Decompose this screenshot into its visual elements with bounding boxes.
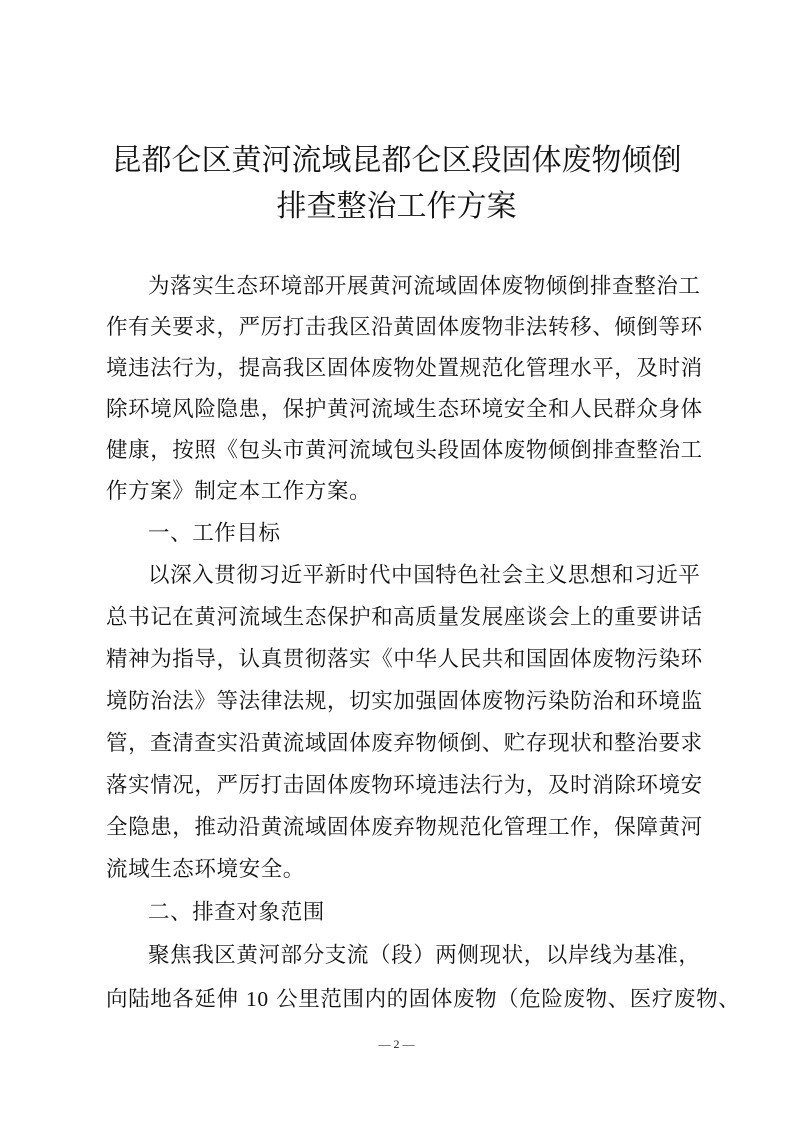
paragraph-scope-line: 向陆地各延伸 10 公里范围内的固体废物（危险废物、医疗废物、 [106, 984, 690, 1015]
distance-value: 10 [246, 987, 269, 1011]
paragraph-intro-line: 作有关要求，严厉打击我区沿黄固体废物非法转移、倾倒等环 [106, 313, 690, 343]
document-title-line-1: 昆都仑区黄河流域昆都仑区段固体废物倾倒 [0, 138, 793, 184]
paragraph-scope-line: 聚焦我区黄河部分支流（段）两侧现状，以岸线为基准， [148, 941, 690, 971]
paragraph-goal-line: 以深入贯彻习近平新时代中国特色社会主义思想和习近平 [148, 561, 690, 591]
paragraph-intro-line: 健康，按照《包头市黄河流域包头段固体废物倾倒排查整治工 [106, 436, 690, 466]
section-heading-scope: 二、排查对象范围 [148, 898, 690, 928]
paragraph-intro-line: 除环境风险隐患，保护黄河流域生态环境安全和人民群众身体 [106, 395, 690, 425]
document-title-line-2: 排查整治工作方案 [0, 184, 793, 230]
paragraph-goal-line: 管，查清查实沿黄流域固体废弃物倾倒、贮存现状和整治要求 [106, 729, 690, 759]
paragraph-intro-line: 为落实生态环境部开展黄河流域固体废物倾倒排查整治工 [148, 272, 690, 302]
scope-text-before: 向陆地各延伸 [106, 987, 246, 1012]
paragraph-goal-line: 流域生态环境安全。 [106, 855, 690, 885]
page-number: — 2 — [0, 1037, 793, 1052]
paragraph-intro-line: 作方案》制定本工作方案。 [106, 477, 690, 507]
paragraph-intro-line: 境违法行为，提高我区固体废物处置规范化管理水平，及时消 [106, 354, 690, 384]
document-page: 昆都仑区黄河流域昆都仑区段固体废物倾倒 排查整治工作方案 为落实生态环境部开展黄… [0, 0, 793, 1122]
paragraph-goal-line: 总书记在黄河流域生态保护和高质量发展座谈会上的重要讲话 [106, 603, 690, 633]
paragraph-goal-line: 境防治法》等法律法规，切实加强固体废物污染防治和环境监 [106, 687, 690, 717]
paragraph-goal-line: 全隐患，推动沿黄流域固体废弃物规范化管理工作，保障黄河 [106, 813, 690, 843]
section-heading-work-goal: 一、工作目标 [148, 519, 690, 549]
paragraph-goal-line: 落实情况，严厉打击固体废物环境违法行为，及时消除环境安 [106, 771, 690, 801]
scope-text-after: 公里范围内的固体废物（危险废物、医疗废物、 [269, 987, 741, 1012]
paragraph-goal-line: 精神为指导，认真贯彻落实《中华人民共和国固体废物污染环 [106, 645, 690, 675]
